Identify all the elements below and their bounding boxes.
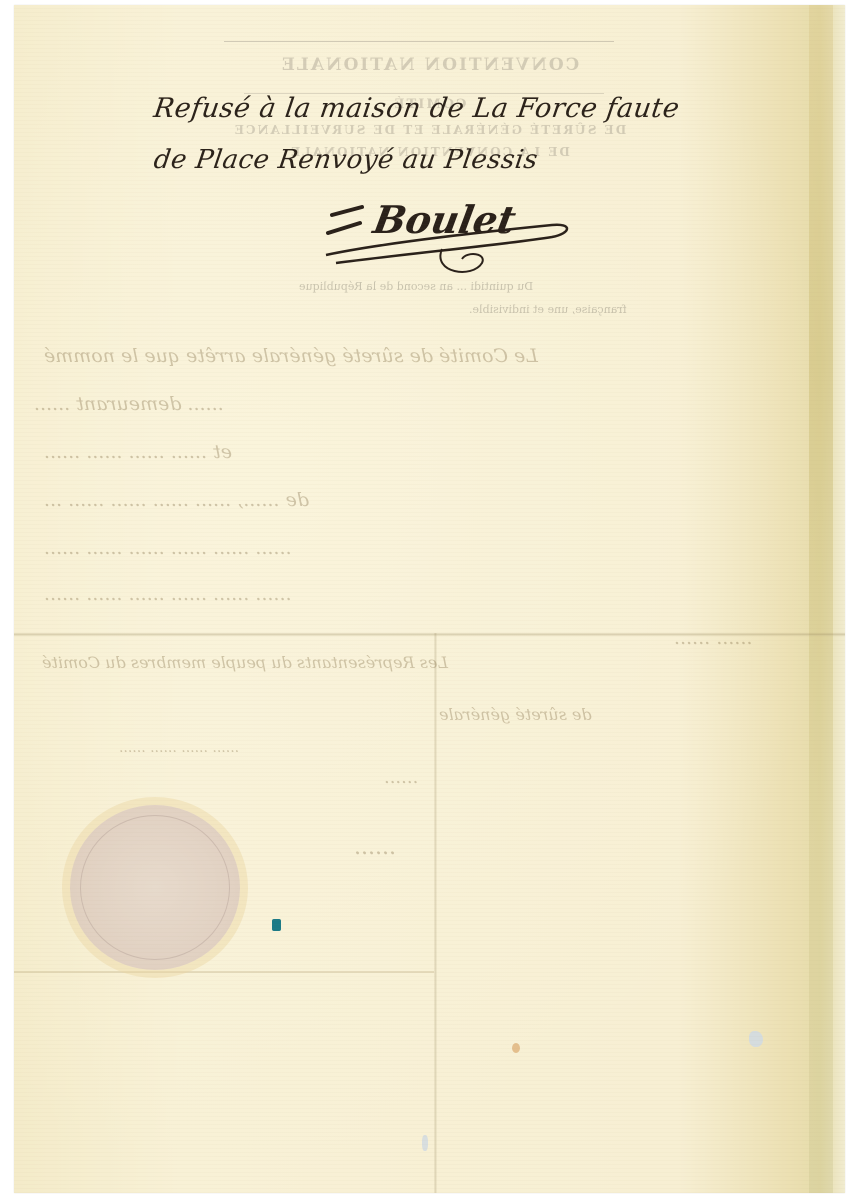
document-page: CONVENTION NATIONALE COMITÉ DE SÛRETÉ GÉ… bbox=[14, 5, 845, 1193]
bleedthrough-line: de ......, ...... ...... ...... ...... .… bbox=[44, 489, 309, 511]
handwritten-annotation-line: de Place Renvoyé au Plessis bbox=[152, 145, 540, 175]
foxing-spot bbox=[512, 1043, 520, 1053]
bleedthrough-line: et ...... ...... ...... ...... bbox=[44, 441, 232, 463]
ink-spot bbox=[272, 919, 281, 931]
bleedthrough-line: Les Représentants du peuple membres du C… bbox=[42, 653, 448, 672]
bleedthrough-date: française, une et indivisible. bbox=[469, 303, 627, 316]
fold-line bbox=[434, 633, 437, 1193]
bleedthrough-line: ...... ...... ...... ...... ...... .....… bbox=[44, 583, 292, 605]
bleedthrough-line: ...... ...... ...... ...... ...... .....… bbox=[44, 537, 292, 559]
fold-line bbox=[14, 633, 845, 636]
wax-seal bbox=[70, 805, 240, 970]
signature-name: Boulet bbox=[370, 197, 519, 242]
letterhead-subtitle-bleedthrough: DE SÛRETÉ GÉNÉRALE ET DE SURVEILLANCE bbox=[14, 123, 845, 137]
bleedthrough-signature: ...... bbox=[354, 835, 396, 860]
letterhead-title-bleedthrough: CONVENTION NATIONALE bbox=[14, 55, 845, 75]
bleedthrough-line: ...... demeurant ...... bbox=[34, 393, 224, 415]
edge-stain bbox=[809, 5, 833, 1193]
bleedthrough-line: Le Comité de sûreté générale arrête que … bbox=[44, 345, 538, 367]
fold-line bbox=[14, 971, 434, 973]
handwritten-annotation-line: Refusé à la maison de La Force faute bbox=[152, 93, 682, 124]
signature: Boulet bbox=[322, 193, 582, 283]
paper-tear bbox=[422, 1135, 428, 1151]
seal-ring bbox=[80, 815, 230, 960]
bleedthrough-line: ...... ...... ...... ...... bbox=[119, 740, 239, 756]
bleedthrough-date: Du quintidi ... an second de la Républiq… bbox=[299, 280, 533, 293]
paper-tear bbox=[749, 1031, 763, 1047]
bleedthrough-line: de sûreté générale bbox=[439, 705, 592, 724]
bleedthrough-signature: ...... bbox=[384, 767, 418, 788]
letterhead-rule bbox=[224, 41, 614, 42]
bleedthrough-line: ...... ...... bbox=[674, 627, 753, 649]
